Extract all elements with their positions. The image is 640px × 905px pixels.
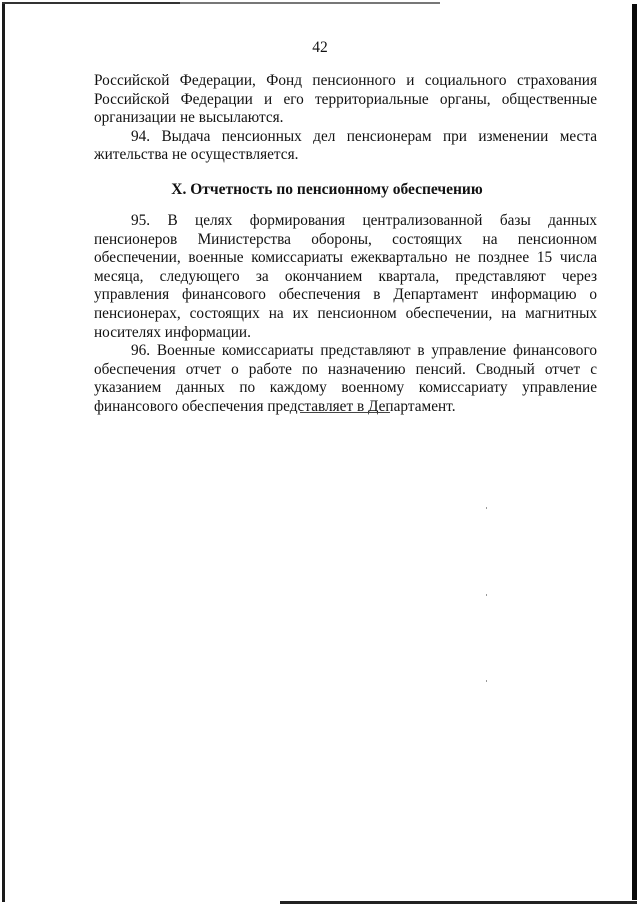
- scan-border-bottom: [280, 901, 637, 904]
- continuation-paragraph: Российской Федерации, Фонд пенсионного и…: [94, 72, 597, 128]
- paragraph-96: 96. Военные комиссариаты представляют в …: [94, 342, 597, 416]
- paragraph-95: 95. В целях формирования централизованно…: [94, 212, 597, 342]
- scan-speck: [486, 594, 487, 596]
- scan-border-left: [2, 4, 5, 902]
- document-page: 42 Российской Федерации, Фонд пенсионног…: [0, 0, 640, 905]
- scan-border-top-segment: [180, 2, 440, 4]
- scan-speck: [486, 507, 487, 509]
- page-number: 42: [0, 38, 640, 58]
- scan-speck: [486, 680, 487, 682]
- scan-border-right: [632, 4, 637, 900]
- section-heading: X. Отчетность по пенсионному обеспечению: [0, 180, 640, 200]
- body-text-section: 95. В целях формирования централизованно…: [94, 212, 597, 417]
- end-separator-line: [300, 412, 390, 413]
- paragraph-94: 94. Выдача пенсионных дел пенсионерам пр…: [94, 128, 597, 165]
- body-text-top: Российской Федерации, Фонд пенсионного и…: [94, 72, 597, 165]
